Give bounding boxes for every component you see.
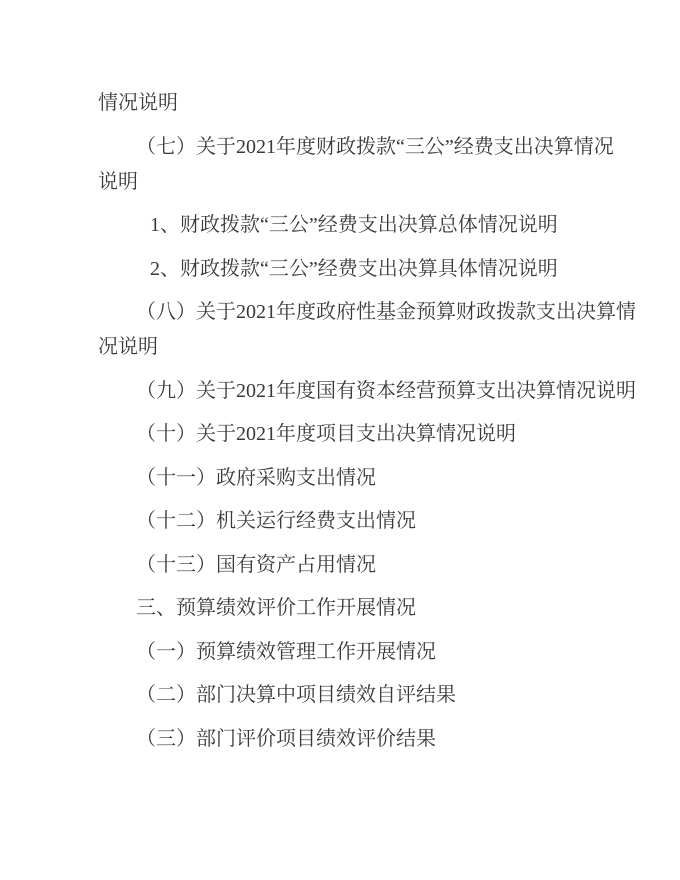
paragraph-item-11: （十一）政府采购支出情况 <box>98 461 640 496</box>
text-line: 1、财政拨款“三公”经费支出决算总体情况说明 <box>98 208 640 243</box>
text-line: （三）部门评价项目绩效评价结果 <box>98 722 640 757</box>
text-line: （八）关于2021年度政府性基金预算财政拨款支出决算情 <box>98 295 640 330</box>
text-line: 2、财政拨款“三公”经费支出决算具体情况说明 <box>98 252 640 287</box>
text-line: 况说明 <box>98 330 640 365</box>
paragraph-section-3-item-2: （二）部门决算中项目绩效自评结果 <box>98 678 640 713</box>
text-line: 说明 <box>98 165 640 200</box>
text-line: （九）关于2021年度国有资本经营预算支出决算情况说明 <box>98 374 640 409</box>
document-body: 情况说明 （七）关于2021年度财政拨款“三公”经费支出决算情况 说明 1、财政… <box>0 0 680 757</box>
document-page: 情况说明 （七）关于2021年度财政拨款“三公”经费支出决算情况 说明 1、财政… <box>0 0 680 880</box>
text-line: 三、预算绩效评价工作开展情况 <box>98 591 640 626</box>
paragraph-section-3-item-3: （三）部门评价项目绩效评价结果 <box>98 722 640 757</box>
text-line: （十二）机关运行经费支出情况 <box>98 504 640 539</box>
paragraph-item-10: （十）关于2021年度项目支出决算情况说明 <box>98 417 640 452</box>
paragraph-sub-item-2: 2、财政拨款“三公”经费支出决算具体情况说明 <box>98 252 640 287</box>
paragraph-item-7: （七）关于2021年度财政拨款“三公”经费支出决算情况 说明 <box>98 130 640 200</box>
text-line: （十一）政府采购支出情况 <box>98 461 640 496</box>
paragraph-carryover: 情况说明 <box>98 86 640 121</box>
paragraph-item-8: （八）关于2021年度政府性基金预算财政拨款支出决算情 况说明 <box>98 295 640 365</box>
text-line: （一）预算绩效管理工作开展情况 <box>98 635 640 670</box>
text-line: （十三）国有资产占用情况 <box>98 548 640 583</box>
paragraph-section-3-item-1: （一）预算绩效管理工作开展情况 <box>98 635 640 670</box>
text-line: 情况说明 <box>98 86 640 121</box>
paragraph-section-3: 三、预算绩效评价工作开展情况 <box>98 591 640 626</box>
paragraph-sub-item-1: 1、财政拨款“三公”经费支出决算总体情况说明 <box>98 208 640 243</box>
text-line: （七）关于2021年度财政拨款“三公”经费支出决算情况 <box>98 130 640 165</box>
text-line: （十）关于2021年度项目支出决算情况说明 <box>98 417 640 452</box>
paragraph-item-13: （十三）国有资产占用情况 <box>98 548 640 583</box>
paragraph-item-12: （十二）机关运行经费支出情况 <box>98 504 640 539</box>
text-line: （二）部门决算中项目绩效自评结果 <box>98 678 640 713</box>
paragraph-item-9: （九）关于2021年度国有资本经营预算支出决算情况说明 <box>98 374 640 409</box>
